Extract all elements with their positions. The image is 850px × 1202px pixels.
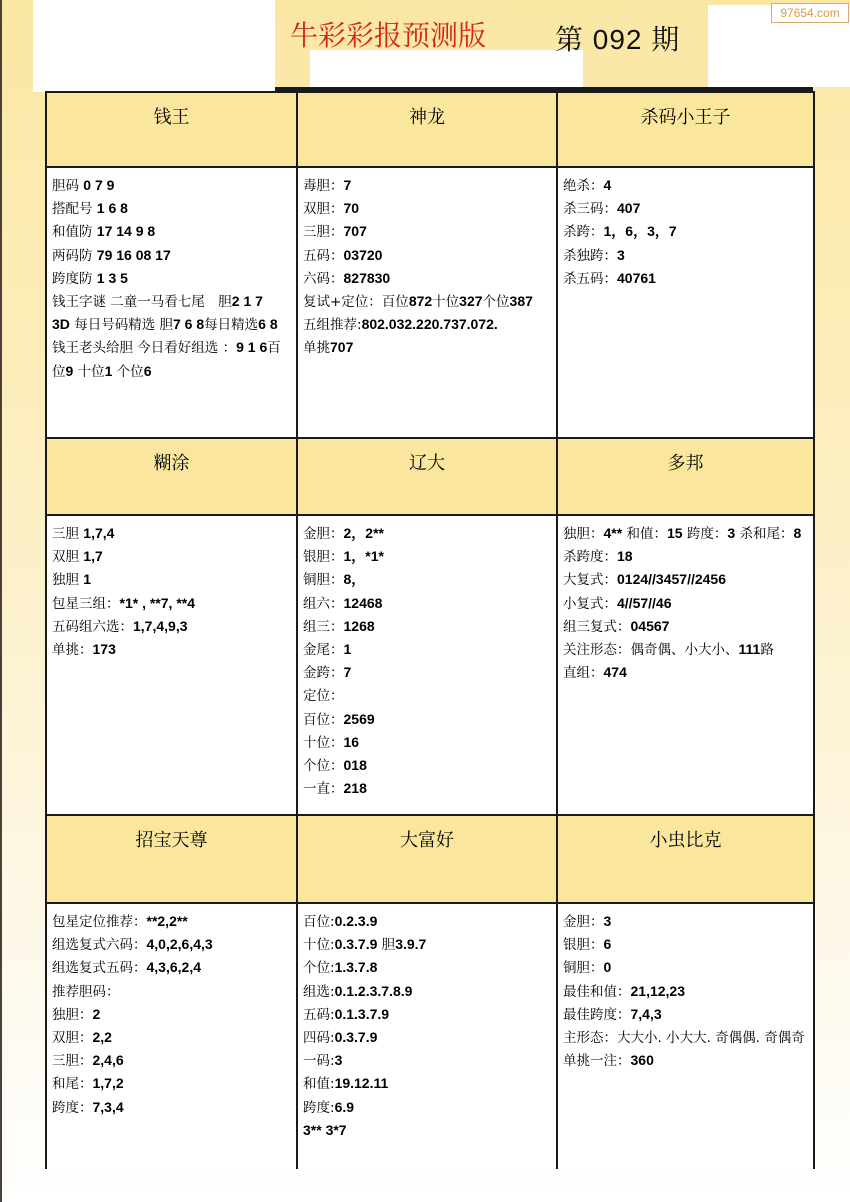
line-value: 3D — [52, 316, 70, 332]
line-value: 0124//3457//2456 — [617, 571, 726, 587]
line-value: 1，*1* — [344, 548, 384, 564]
line-value: 3 — [617, 247, 625, 263]
prediction-line: 独胆：2 — [52, 1003, 292, 1026]
section-title: 神龙 — [409, 107, 445, 128]
section-title: 小虫比克 — [650, 830, 722, 851]
line-value: 4//57//46 — [617, 595, 672, 611]
prediction-line: 单挑：173 — [52, 638, 292, 661]
prediction-line: 金尾：1 — [303, 638, 552, 661]
prediction-line: 直组：474 — [563, 661, 809, 684]
prediction-line: 双胆：70 — [303, 197, 552, 220]
line-value: 4,3,6,2,4 — [147, 959, 202, 975]
prediction-line: 杀三码：407 — [563, 197, 809, 220]
prediction-line: 独胆 1 — [52, 568, 292, 591]
line-value: 1 3 5 — [97, 270, 128, 286]
line-value: 111 — [739, 641, 761, 657]
page-left-border — [0, 0, 2, 1202]
page-title: 牛彩彩报预测版 — [290, 14, 486, 54]
line-value: 0.3.7.9 — [335, 1029, 378, 1045]
line-label: 组选复式六码： — [52, 937, 147, 953]
line-label: 十位 — [432, 294, 459, 310]
line-value: 6 — [144, 363, 152, 379]
line-value: 474 — [604, 664, 627, 680]
line-value: *1* , **7, **4 — [120, 595, 196, 611]
prediction-line: 杀跨：1，6，3，7 — [563, 220, 809, 243]
line-label: 四码: — [303, 1030, 335, 1046]
section-header-4: 辽大 — [297, 438, 557, 515]
prediction-line: 搭配号 1 6 8 — [52, 197, 292, 220]
line-value: 03720 — [344, 247, 383, 263]
prediction-line: 包星定位推荐：**2,2** — [52, 910, 292, 933]
line-value: 6.9 — [335, 1099, 354, 1115]
section-body-8: 金胆：3银胆：6铜胆：0最佳和值：21,12,23最佳跨度：7,4,3主形态：大… — [557, 903, 814, 1169]
prediction-line: 定位： — [303, 684, 552, 707]
prediction-line: 主形态：大大小. 小大大. 奇偶偶. 奇偶奇 — [563, 1026, 809, 1049]
prediction-line: 杀五码：40761 — [563, 267, 809, 290]
watermark-link[interactable]: 97654.com — [771, 3, 849, 23]
line-label: 杀三码： — [563, 201, 617, 217]
line-label: 最佳和值： — [563, 984, 631, 1000]
line-label: 最佳跨度： — [563, 1007, 631, 1023]
line-value: 0.1.3.7.9 — [335, 1006, 390, 1022]
line-value: 04567 — [631, 618, 670, 634]
prediction-line: 三胆：707 — [303, 220, 552, 243]
prediction-line: 关注形态：偶奇偶、小大小、111路 — [563, 638, 809, 661]
prediction-line: 十位：16 — [303, 731, 552, 754]
line-label: 百位: — [303, 914, 335, 930]
line-label: 两码防 — [52, 248, 97, 264]
prediction-line: 组选复式六码：4,0,2,6,4,3 — [52, 933, 292, 956]
line-label: 杀跨： — [563, 224, 604, 240]
line-value: 1,7 — [83, 548, 102, 564]
prediction-line: 大复式：0124//3457//2456 — [563, 568, 809, 591]
line-label: 跨度防 — [52, 271, 97, 287]
section-header-1: 神龙 — [297, 92, 557, 167]
line-label: 铜胆： — [303, 572, 344, 588]
prediction-line: 三胆：2,4,6 — [52, 1049, 292, 1072]
prediction-line: 一直：218 — [303, 777, 552, 800]
blank-area-left — [33, 0, 275, 92]
line-value: 3** 3*7 — [303, 1122, 347, 1138]
line-value: 8， — [344, 571, 366, 587]
prediction-line: 独胆：4** 和值：15 跨度：3 杀和尾：8 杀跨度：18 — [563, 522, 809, 568]
line-value: 1,7,4,9,3 — [133, 618, 188, 634]
line-value: 7 — [344, 177, 352, 193]
line-value: 4** — [604, 525, 623, 541]
line-label: 搭配号 — [52, 201, 97, 217]
prediction-line: 组选:0.1.2.3.7.8.9 — [303, 980, 552, 1003]
line-label: 杀和尾： — [735, 526, 793, 542]
blank-area-center — [310, 50, 583, 87]
line-value: 1 — [83, 571, 91, 587]
section-header-2: 杀码小王子 — [557, 92, 814, 167]
line-label: 推荐胆码： — [52, 984, 120, 1000]
line-label: 包星三组： — [52, 596, 120, 612]
line-value: 79 16 08 17 — [97, 247, 171, 263]
line-label: 小复式： — [563, 596, 617, 612]
section-title: 辽大 — [409, 453, 445, 474]
line-label: 定位： — [303, 688, 344, 704]
line-label: 跨度： — [683, 526, 728, 542]
line-value: 7 6 8 — [173, 316, 204, 332]
line-value: 21,12,23 — [631, 983, 686, 999]
line-label: 杀跨度： — [563, 549, 617, 565]
line-label: 五码: — [303, 1007, 335, 1023]
prediction-line: 绝杀：4 — [563, 174, 809, 197]
prediction-line: 复试+定位：百位872十位327个位387 — [303, 290, 552, 313]
prediction-line: 杀独跨：3 — [563, 244, 809, 267]
line-label: 十位： — [303, 735, 344, 751]
line-label: 五码组六选： — [52, 619, 133, 635]
line-value: 3 — [335, 1052, 343, 1068]
line-label: 双胆 — [52, 549, 83, 565]
prediction-line: 组六：12468 — [303, 592, 552, 615]
line-label: 钱王字谜 二童一马看七尾 胆 — [52, 294, 232, 310]
line-label: 和值： — [622, 526, 667, 542]
prediction-line: 和值:19.12.11 — [303, 1072, 552, 1095]
section-body-6: 包星定位推荐：**2,2**组选复式六码：4,0,2,6,4,3组选复式五码：4… — [46, 903, 297, 1169]
line-value: 173 — [93, 641, 116, 657]
line-value: 1,7,2 — [93, 1075, 124, 1091]
line-value: 1.3.7.8 — [335, 959, 378, 975]
prediction-line: 和值防 17 14 9 8 — [52, 220, 292, 243]
prediction-line: 钱王老头给胆 今日看好组选 ：9 1 6百位9 十位1 个位6 — [52, 336, 292, 382]
line-value: 40761 — [617, 270, 656, 286]
section-body-2: 绝杀：4杀三码：407杀跨：1，6，3，7杀独跨：3杀五码：40761 — [557, 167, 814, 438]
prediction-line: 跨度:6.9 — [303, 1096, 552, 1119]
line-label: 五组推荐: — [303, 317, 362, 333]
line-label: 双胆： — [52, 1030, 93, 1046]
line-value: 3.9.7 — [395, 936, 426, 952]
line-label: 路 — [760, 642, 774, 658]
line-label: 组选复式五码： — [52, 960, 147, 976]
line-value: 1 6 8 — [97, 200, 128, 216]
section-title: 钱王 — [154, 107, 190, 128]
section-header-6: 招宝天尊 — [46, 815, 297, 903]
prediction-line: 跨度：7,3,4 — [52, 1096, 292, 1119]
prediction-line: 百位:0.2.3.9 — [303, 910, 552, 933]
prediction-line: 银胆：1，*1* — [303, 545, 552, 568]
prediction-line: 组三复式：04567 — [563, 615, 809, 638]
line-label: 毒胆： — [303, 178, 344, 194]
line-label: 杀独跨： — [563, 248, 617, 264]
line-value: **2,2** — [147, 913, 188, 929]
line-label: 独胆 — [52, 572, 83, 588]
line-label: 铜胆： — [563, 960, 604, 976]
line-value: 407 — [617, 200, 640, 216]
line-value: 15 — [667, 525, 683, 541]
prediction-line: 三胆 1,7,4 — [52, 522, 292, 545]
line-label: 个位: — [303, 960, 335, 976]
line-label: 一码: — [303, 1053, 335, 1069]
section-body-1: 毒胆：7双胆：70三胆：707五码：03720六码：827830复试+定位：百位… — [297, 167, 557, 438]
prediction-line: 单挑707 — [303, 336, 552, 359]
prediction-line: 包星三组：*1* , **7, **4 — [52, 592, 292, 615]
line-value: 6 — [604, 936, 612, 952]
section-title: 招宝天尊 — [136, 830, 208, 851]
prediction-line: 五码组六选：1,7,4,9,3 — [52, 615, 292, 638]
line-label: 单挑一注： — [563, 1053, 631, 1069]
line-value: 70 — [344, 200, 360, 216]
prediction-grid: 钱王 神龙 杀码小王子 胆码 0 7 9搭配号 1 6 8和值防 17 14 9… — [45, 91, 815, 1169]
line-value: 16 — [344, 734, 360, 750]
section-body-3: 三胆 1,7,4双胆 1,7独胆 1包星三组：*1* , **7, **4五码组… — [46, 515, 297, 815]
line-label: 和尾： — [52, 1076, 93, 1092]
prediction-line: 铜胆：8， — [303, 568, 552, 591]
section-header-8: 小虫比克 — [557, 815, 814, 903]
line-label: 大复式： — [563, 572, 617, 588]
line-label: 六码： — [303, 271, 344, 287]
line-label: 金胆： — [563, 914, 604, 930]
line-label: 组三： — [303, 619, 344, 635]
line-label: 金胆： — [303, 526, 344, 542]
section-title: 杀码小王子 — [641, 107, 731, 128]
line-label: 和值: — [303, 1076, 335, 1092]
line-label: 包星定位推荐： — [52, 914, 147, 930]
prediction-line: 最佳和值：21,12,23 — [563, 980, 809, 1003]
prediction-line: 3D 每日号码精选 胆7 6 8每日精选6 8 — [52, 313, 292, 336]
line-label: 金跨： — [303, 665, 344, 681]
prediction-line: 跨度防 1 3 5 — [52, 267, 292, 290]
line-value: 707 — [330, 339, 353, 355]
line-label: 复试+定位：百位 — [303, 294, 409, 310]
line-value: 12468 — [344, 595, 383, 611]
line-label: 和值防 — [52, 224, 97, 240]
prediction-line: 和尾：1,7,2 — [52, 1072, 292, 1095]
line-value: 3 — [727, 525, 735, 541]
issue-number: 第 092 期 — [555, 18, 680, 58]
line-label: 每日精选 — [204, 317, 258, 333]
section-body-4: 金胆：2，2**银胆：1，*1*铜胆：8，组六：12468组三：1268金尾：1… — [297, 515, 557, 815]
prediction-line: 五码:0.1.3.7.9 — [303, 1003, 552, 1026]
line-value: 4,0,2,6,4,3 — [147, 936, 213, 952]
line-label: 每日号码精选 胆 — [70, 317, 173, 333]
prediction-line: 金胆：3 — [563, 910, 809, 933]
line-value: 1268 — [344, 618, 375, 634]
line-label: 三胆： — [52, 1053, 93, 1069]
line-label: 金尾： — [303, 642, 344, 658]
prediction-line: 组三：1268 — [303, 615, 552, 638]
prediction-line: 六码：827830 — [303, 267, 552, 290]
line-label: 杀五码： — [563, 271, 617, 287]
prediction-line: 毒胆：7 — [303, 174, 552, 197]
prediction-line: 五码：03720 — [303, 244, 552, 267]
line-label: 跨度： — [52, 1100, 93, 1116]
line-label: 关注形态：偶奇偶、小大小、 — [563, 642, 739, 658]
section-header-7: 大富好 — [297, 815, 557, 903]
prediction-line: 胆码 0 7 9 — [52, 174, 292, 197]
line-value: 387 — [510, 293, 533, 309]
section-body-7: 百位:0.2.3.9十位:0.3.7.9 胆3.9.7个位:1.3.7.8组选:… — [297, 903, 557, 1169]
prediction-line: 百位：2569 — [303, 708, 552, 731]
prediction-line: 钱王字谜 二童一马看七尾 胆2 1 7 — [52, 290, 292, 313]
prediction-line: 两码防 79 16 08 17 — [52, 244, 292, 267]
line-value: 327 — [459, 293, 482, 309]
line-label: 单挑： — [52, 642, 93, 658]
line-value: 2 — [93, 1006, 101, 1022]
prediction-line: 四码:0.3.7.9 — [303, 1026, 552, 1049]
line-label: 胆码 — [52, 178, 83, 194]
line-value: 360 — [631, 1052, 654, 1068]
line-value: 0 7 9 — [83, 177, 114, 193]
section-header-3: 糊涂 — [46, 438, 297, 515]
line-label: 组三复式： — [563, 619, 631, 635]
prediction-line: 五组推荐:802.032.220.737.072. — [303, 313, 552, 336]
line-label: 直组： — [563, 665, 604, 681]
line-label: 银胆： — [303, 549, 344, 565]
line-value: 872 — [409, 293, 432, 309]
prediction-line: 银胆：6 — [563, 933, 809, 956]
line-label: 个位 — [112, 364, 143, 380]
line-label: 双胆： — [303, 201, 344, 217]
prediction-line: 个位：018 — [303, 754, 552, 777]
line-label: 十位: — [303, 937, 335, 953]
prediction-line: 金胆：2，2** — [303, 522, 552, 545]
line-value: 2,2 — [93, 1029, 112, 1045]
line-value: 6 8 — [258, 316, 277, 332]
line-label: 单挑 — [303, 340, 330, 356]
prediction-line: 铜胆：0 — [563, 956, 809, 979]
section-header-0: 钱王 — [46, 92, 297, 167]
prediction-line: 最佳跨度：7,4,3 — [563, 1003, 809, 1026]
prediction-line: 双胆：2,2 — [52, 1026, 292, 1049]
prediction-line: 十位:0.3.7.9 胆3.9.7 — [303, 933, 552, 956]
line-value: 1 — [344, 641, 352, 657]
section-title: 糊涂 — [154, 453, 190, 474]
prediction-line: 单挑一注：360 — [563, 1049, 809, 1072]
section-body-0: 胆码 0 7 9搭配号 1 6 8和值防 17 14 9 8两码防 79 16 … — [46, 167, 297, 438]
line-value: 2,4,6 — [93, 1052, 124, 1068]
line-label: 五码： — [303, 248, 344, 264]
section-body-5: 独胆：4** 和值：15 跨度：3 杀和尾：8 杀跨度：18大复式：0124//… — [557, 515, 814, 815]
prediction-line: 小复式：4//57//46 — [563, 592, 809, 615]
line-label: 个位： — [303, 758, 344, 774]
line-value: 17 14 9 8 — [97, 223, 155, 239]
line-label: 独胆： — [52, 1007, 93, 1023]
line-value: 0.2.3.9 — [335, 913, 378, 929]
line-value: 9 1 6 — [236, 339, 267, 355]
line-value: 707 — [344, 223, 367, 239]
line-label: 百位： — [303, 712, 344, 728]
line-value: 2569 — [344, 711, 375, 727]
prediction-line: 金跨：7 — [303, 661, 552, 684]
line-label: 三胆 — [52, 526, 83, 542]
line-value: 218 — [344, 780, 367, 796]
prediction-line: 组选复式五码：4,3,6,2,4 — [52, 956, 292, 979]
line-value: 2，2** — [344, 525, 384, 541]
prediction-line: 3** 3*7 — [303, 1119, 552, 1142]
line-label: 胆 — [377, 937, 395, 953]
line-label: 个位 — [483, 294, 510, 310]
line-value: 0 — [604, 959, 612, 975]
line-label: 三胆： — [303, 224, 344, 240]
line-label: 独胆： — [563, 526, 604, 542]
line-value: 19.12.11 — [335, 1075, 389, 1091]
line-value: 3 — [604, 913, 612, 929]
prediction-line: 个位:1.3.7.8 — [303, 956, 552, 979]
line-label: 组六： — [303, 596, 344, 612]
line-label: 主形态：大大小. 小大大. 奇偶偶. 奇偶奇 — [563, 1030, 805, 1046]
line-label: 绝杀： — [563, 178, 604, 194]
line-value: 7,3,4 — [93, 1099, 124, 1115]
line-value: 0.1.2.3.7.8.9 — [335, 983, 413, 999]
section-title: 多邦 — [668, 453, 704, 474]
line-value: 827830 — [344, 270, 391, 286]
prediction-line: 双胆 1,7 — [52, 545, 292, 568]
line-value: 4 — [604, 177, 612, 193]
line-label: 十位 — [73, 364, 104, 380]
line-value: 7 — [344, 664, 352, 680]
line-label: 一直： — [303, 781, 344, 797]
line-label: 钱王老头给胆 今日看好组选 ： — [52, 340, 236, 356]
line-value: 018 — [344, 757, 367, 773]
line-value: 1，6，3，7 — [604, 223, 677, 239]
line-value: 0.3.7.9 — [335, 936, 378, 952]
line-value: 18 — [617, 548, 633, 564]
section-title: 大富好 — [400, 830, 454, 851]
line-value: 1,7,4 — [83, 525, 114, 541]
line-label: 组选: — [303, 984, 335, 1000]
section-header-5: 多邦 — [557, 438, 814, 515]
line-label: 跨度: — [303, 1100, 335, 1116]
line-label: 银胆： — [563, 937, 604, 953]
line-value: 8 — [793, 525, 801, 541]
prediction-line: 一码:3 — [303, 1049, 552, 1072]
line-value: 2 1 7 — [232, 293, 263, 309]
prediction-line: 推荐胆码： — [52, 980, 292, 1003]
line-value: 7,4,3 — [631, 1006, 662, 1022]
line-value: 802.032.220.737.072. — [362, 316, 498, 332]
